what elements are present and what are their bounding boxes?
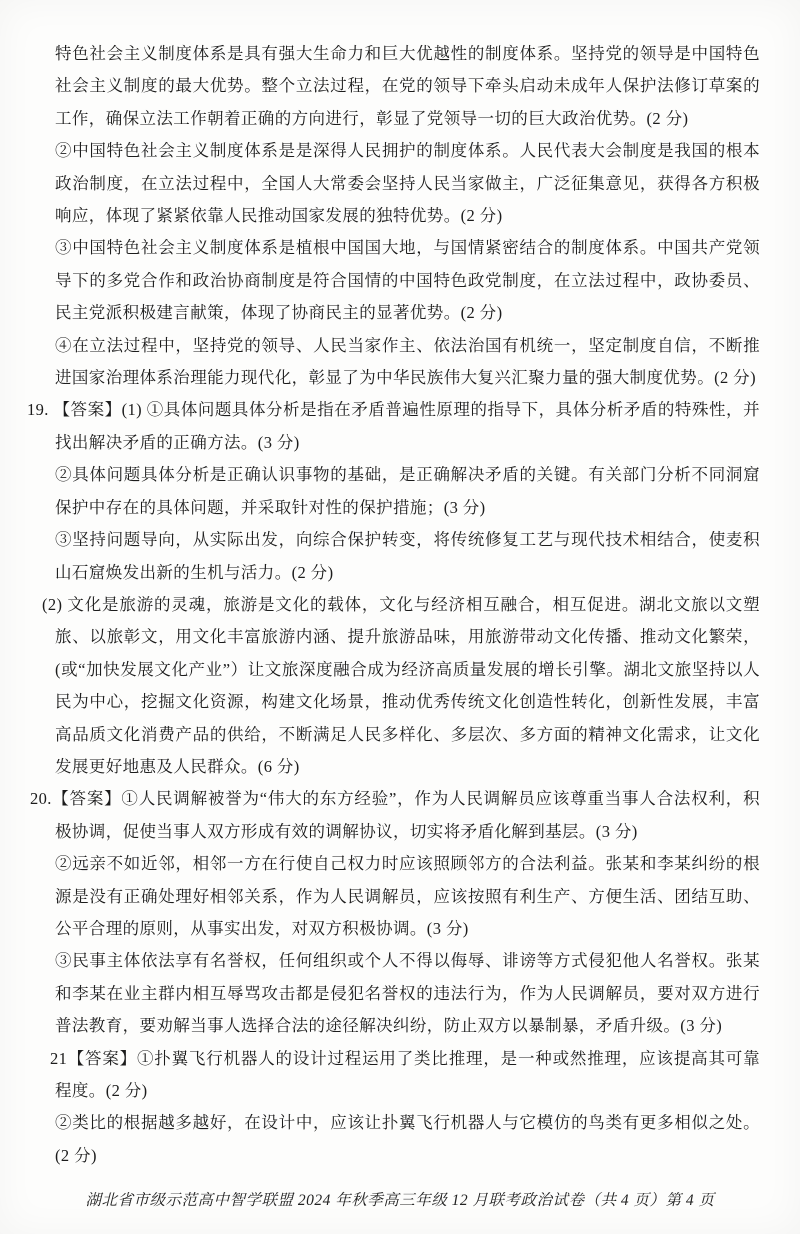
q18-point3: ③中国特色社会主义制度体系是植根中国国大地，与国情紧密结合的制度体系。中国共产党… <box>55 232 760 329</box>
q20-point3: ③民事主体依法享有名誉权，任何组织或个人不得以侮辱、诽谤等方式侵犯他人名誉权。张… <box>55 945 760 1042</box>
page-footer: 湖北省市级示范高中智学联盟 2024 年秋季高三年级 12 月联考政治试卷（共 … <box>0 1188 800 1210</box>
q21-point1: 21【答案】①扑翼飞行机器人的设计过程运用了类比推理，是一种或然推理，应该提高其… <box>55 1043 760 1108</box>
q19-part1-point3: ③坚持问题导向，从实际出发，向综合保护转变，将传统修复工艺与现代技术相结合，使麦… <box>55 524 760 589</box>
q18-point1-continuation: 特色社会主义制度体系是具有强大生命力和巨大优越性的制度体系。坚持党的领导是中国特… <box>55 38 760 135</box>
answer-paragraphs: 特色社会主义制度体系是具有强大生命力和巨大优越性的制度体系。坚持党的领导是中国特… <box>55 38 760 1172</box>
q20-point2: ②远亲不如近邻，相邻一方在行使自己权力时应该照顾邻方的合法利益。张某和李某纠纷的… <box>55 848 760 945</box>
exam-answer-page: 特色社会主义制度体系是具有强大生命力和巨大优越性的制度体系。坚持党的领导是中国特… <box>0 0 800 1234</box>
q20-point1: 20.【答案】①人民调解被誉为“伟大的东方经验”，作为人民调解员应该尊重当事人合… <box>55 783 760 848</box>
q19-part1-point2: ②具体问题具体分析是正确认识事物的基础，是正确解决矛盾的关键。有关部门分析不同洞… <box>55 459 760 524</box>
q18-point2: ②中国特色社会主义制度体系是是深得人民拥护的制度体系。人民代表大会制度是我国的根… <box>55 135 760 232</box>
q18-point4: ④在立法过程中，坚持党的领导、人民当家作主、依法治国有机统一，坚定制度自信，不断… <box>55 330 760 395</box>
q19-part2: (2) 文化是旅游的灵魂，旅游是文化的载体，文化与经济相互融合，相互促进。湖北文… <box>55 589 760 783</box>
q19-part1-point1: 19. 【答案】(1) ①具体问题具体分析是指在矛盾普遍性原理的指导下，具体分析… <box>55 394 760 459</box>
q21-point2: ②类比的根据越多越好，在设计中，应该让扑翼飞行机器人与它模仿的鸟类有更多相似之处… <box>55 1107 760 1172</box>
